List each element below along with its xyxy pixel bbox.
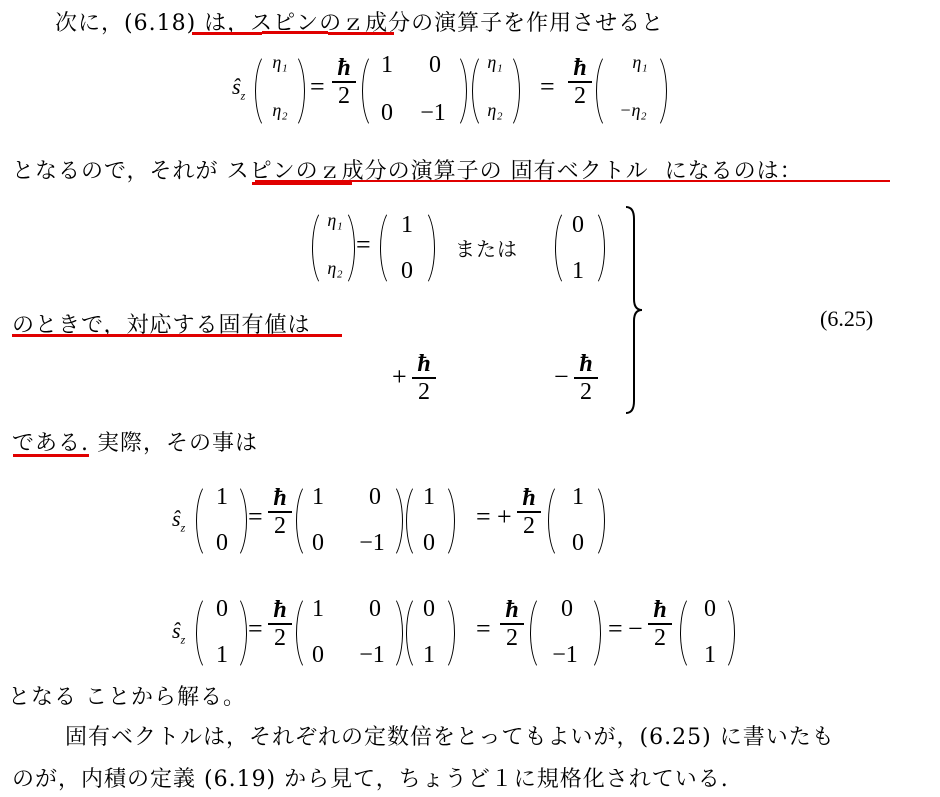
right-paren (652, 52, 667, 130)
matrix-entry: 1 (303, 596, 333, 623)
vector-entry: 1 (563, 258, 593, 285)
or-text: または (455, 233, 518, 262)
vector-entry: 1 (563, 484, 593, 511)
vector-entry: η₁ (625, 52, 655, 73)
right-paren (340, 208, 355, 288)
matrix-entry: −1 (413, 100, 453, 127)
matrix-entry: 0 (360, 596, 390, 623)
equals-sign: = (248, 502, 263, 532)
vector-entry: 1 (392, 212, 422, 239)
text-line-4: となる ことから解る。 (8, 680, 246, 711)
fraction-hbar-over-2: ħ2 (648, 598, 672, 650)
matrix-entry: −1 (352, 642, 392, 669)
equals-sign: = (476, 502, 491, 532)
fraction-hbar-over-2: ħ2 (268, 486, 292, 538)
right-paren (440, 482, 455, 560)
text-line-5: 固有ベクトルは，それぞれの定数倍をとってもよいが，(6.25) に書いたも (65, 720, 835, 751)
text-fragment: . 実際，その事は (81, 431, 258, 456)
matrix-entry: 0 (303, 530, 333, 557)
matrix-entry: 0 (360, 484, 390, 511)
eigenvalue-plus-hbar-over-2: ħ2 (412, 352, 436, 404)
right-paren (590, 208, 605, 288)
fraction-hbar-over-2: ħ2 (268, 598, 292, 650)
fraction-hbar-over-2: ħ2 (332, 56, 356, 108)
red-underline (12, 334, 342, 337)
operator-sz: ŝz (172, 618, 185, 647)
equals-sign: = (310, 72, 325, 102)
equals-sign: = (476, 614, 491, 644)
matrix-entry: 1 (372, 52, 402, 79)
right-brace (622, 205, 646, 415)
vector-entry: 0 (563, 212, 593, 239)
matrix-entry: 0 (303, 642, 333, 669)
right-paren (232, 482, 247, 560)
fraction-hbar-over-2: ħ2 (500, 598, 524, 650)
red-underline (255, 180, 890, 182)
vector-entry: 0 (392, 258, 422, 285)
right-paren (420, 208, 435, 288)
plus-sign: + (497, 502, 512, 532)
vector-entry: 0 (552, 596, 582, 623)
right-paren (505, 52, 520, 130)
red-underline (262, 31, 328, 34)
minus-sign: − (554, 362, 569, 392)
text-line-3: である. 実際，その事は (12, 426, 258, 457)
equals-sign: = (608, 614, 623, 644)
right-paren (290, 52, 305, 130)
right-paren (232, 594, 247, 672)
equals-sign: = (540, 72, 555, 102)
red-underline (252, 182, 352, 185)
red-underline (192, 32, 262, 35)
eigenvalue-minus-hbar-over-2: ħ2 (574, 352, 598, 404)
red-underline (328, 32, 394, 35)
vector-entry: 0 (563, 530, 593, 557)
right-paren (388, 594, 403, 672)
matrix-entry: 1 (303, 484, 333, 511)
matrix-entry: 0 (372, 100, 402, 127)
operator-sz: ŝz (172, 506, 185, 535)
equals-sign: = (356, 230, 371, 260)
fraction-hbar-over-2: ħ2 (517, 486, 541, 538)
left-paren (680, 594, 695, 672)
plus-sign: + (392, 362, 407, 392)
left-paren (548, 482, 563, 560)
text-fragment: となるので，それが (12, 159, 219, 184)
matrix-entry: −1 (352, 530, 392, 557)
equation-label: (6.25) (820, 306, 873, 332)
right-paren (440, 594, 455, 672)
vector-entry: −η₂ (608, 100, 658, 121)
text-fragment: を作用させると (503, 11, 664, 36)
fraction-hbar-over-2: ħ2 (568, 56, 592, 108)
right-paren (586, 594, 601, 672)
highlighted-phrase: である (12, 431, 81, 456)
text-line-6: のが，内積の定義 (6.19) から見て，ちょうど１に規格化されている. (12, 762, 729, 793)
matrix-entry: 0 (420, 52, 450, 79)
right-paren (590, 482, 605, 560)
operator-sz: ŝz (232, 74, 245, 103)
right-paren (452, 52, 467, 130)
vector-entry: −1 (540, 642, 590, 669)
red-underline (13, 454, 89, 457)
right-paren (720, 594, 735, 672)
equals-sign: = (248, 614, 263, 644)
right-paren (388, 482, 403, 560)
minus-sign: − (628, 614, 643, 644)
